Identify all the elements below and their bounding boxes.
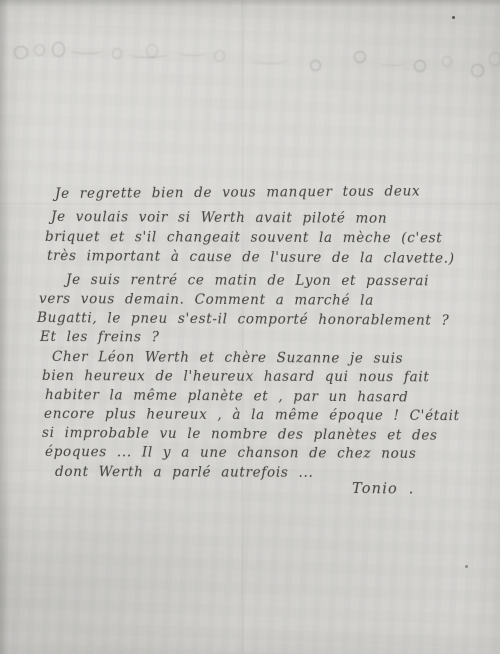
handwritten-line: dont Werth a parlé autrefois ... (55, 464, 313, 482)
handwritten-line: Cher Léon Werth et chère Suzanne je suis (52, 349, 403, 368)
handwritten-line: bien heureux de l'heureux hasard qui nou… (42, 368, 430, 386)
handwritten-line: Je regrette bien de vous manquer tous de… (55, 183, 420, 203)
handwritten-line: Je suis rentré ce matin de Lyon et passe… (66, 272, 429, 290)
signature-line: Tonio . (352, 481, 415, 499)
letter-page: Je regrette bien de vous manquer tous de… (0, 0, 500, 654)
handwritten-line: habiter la même planète et , par un hasa… (45, 387, 409, 407)
handwritten-line: encore plus heureux , à la même époque !… (44, 406, 460, 425)
handwritten-line: époques ... Il y a une chanson de chez n… (45, 444, 417, 463)
scan-edge-left (0, 0, 9, 654)
handwritten-line: si improbable vu le nombre des planètes … (42, 425, 438, 445)
handwritten-line: très important à cause de l'usure de la … (47, 248, 455, 268)
horizontal-fold-crease (0, 203, 500, 206)
scan-edge-top (0, 0, 500, 7)
scan-speck (452, 16, 455, 19)
handwritten-line: Et les freins ? (40, 329, 160, 346)
handwritten-line: vers vous demain. Comment a marché la (39, 291, 374, 310)
handwritten-line: briquet et s'il changeait souvent la mèc… (45, 229, 442, 247)
handwritten-line: Bugatti, le pneu s'est-il comporté honor… (37, 310, 449, 330)
handwritten-line: Je voulais voir si Werth avait piloté mo… (51, 209, 387, 228)
scan-speck (465, 565, 468, 568)
